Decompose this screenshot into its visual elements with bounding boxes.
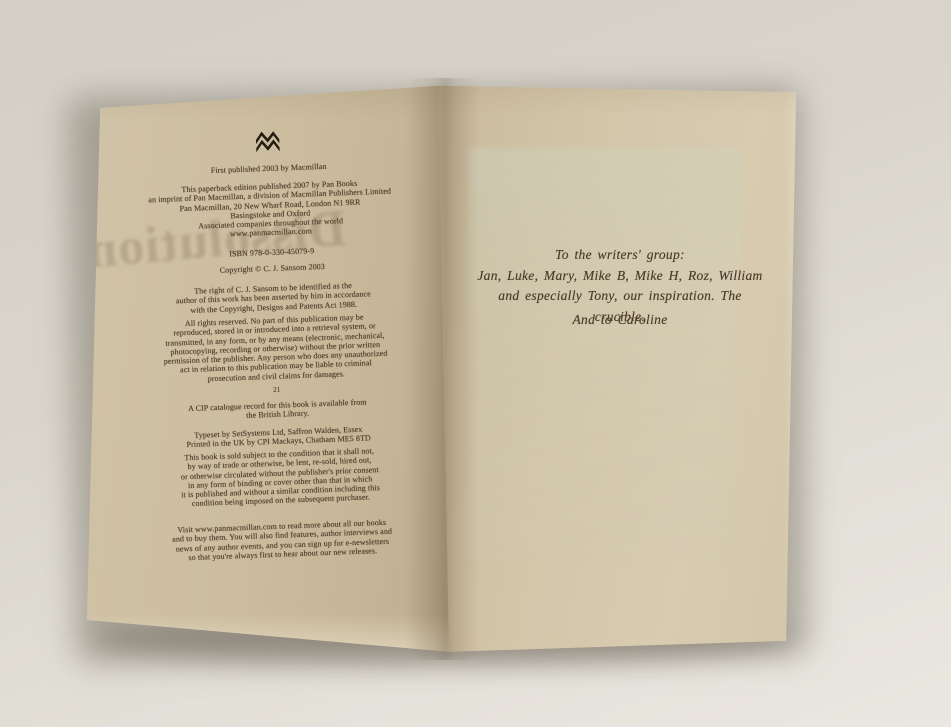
- page-show-through-rectangle: [468, 148, 742, 558]
- imprint-block: This paperback edition published 2007 by…: [114, 176, 426, 243]
- cip-record-block: A CIP catalogue record for this book is …: [122, 395, 432, 425]
- dedication-caroline-line: And to Caroline: [475, 312, 765, 328]
- visit-website-block: Visit www.panmacmillan.com to read more …: [127, 516, 438, 565]
- copyright-line: Copyright © C. J. Sansom 2003: [117, 258, 427, 279]
- left-page-content: Dissolution First published 2003 by Macm…: [76, 73, 467, 666]
- right-page: To the writers' group: Jan, Luke, Mary, …: [435, 80, 805, 660]
- left-page: Dissolution First published 2003 by Macm…: [85, 80, 455, 660]
- sale-condition-block: This book is sold subject to the conditi…: [124, 444, 436, 511]
- macmillan-logo-icon: [112, 124, 423, 164]
- photo-background: Dissolution First published 2003 by Macm…: [0, 0, 951, 727]
- all-rights-reserved-block: All rights reserved. No part of this pub…: [119, 310, 431, 386]
